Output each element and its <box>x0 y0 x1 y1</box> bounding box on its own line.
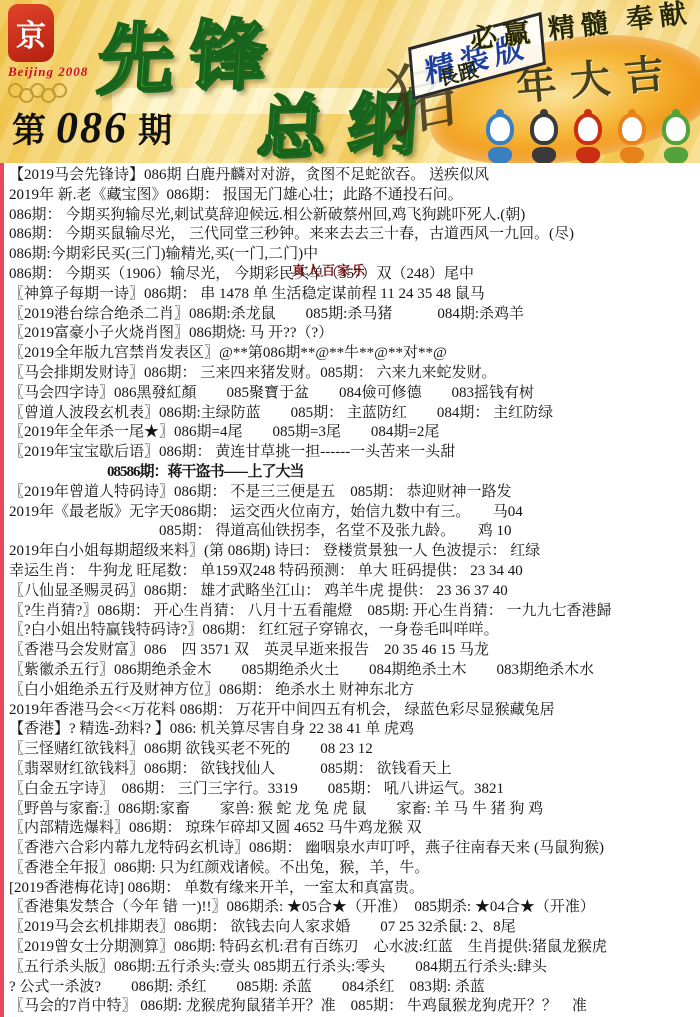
text-line: ? 公式一杀波? 086期: 杀红 085期: 杀蓝 084杀红 083期: 杀… <box>9 978 697 998</box>
text-line: 08586期：蒋干盗书------上了大当 <box>9 463 697 483</box>
text-line: 〖香港全年报〗086期: 只为红颜戏诸候。不出兔，猴，羊，牛。 <box>9 859 697 879</box>
text-line: 〖马会四字诗〗086黑發紅顏 085聚寶于盆 084儉可修德 083摇钱有树 <box>9 384 697 404</box>
text-line: 〖2019全年版九宫禁肖发表区〗@**第086期**@**牛**@**对**@ <box>9 344 697 364</box>
text-line: 086期： 今期买狗输尽光,刺试莫辞迎候远.相公新破蔡州回,鸡飞狗跳吓死人.(朝… <box>9 206 697 226</box>
text-line: 〖内部精选爆料〗086期： 琼珠乍碎却又圆 4652 马牛鸡龙猴 双 <box>9 819 697 839</box>
text-line: 〖曾道人波段玄机表〗086期:主绿防蓝 085期： 主蓝防红 084期： 主红防… <box>9 404 697 424</box>
text-line: 〖?白小姐出特赢钱特码诗?〗086期： 红红冠子穿锦衣，一身卷毛叫咩咩。 <box>9 621 697 641</box>
mascot-icon <box>614 113 650 161</box>
text-line: 〖白小姐绝杀五行及财神方位〗086期： 绝杀水土 财神东北方 <box>9 681 697 701</box>
text-line: 2019年《最老版》无字天086期： 运交西火位南方，始信九数中有三。 马04 <box>9 503 697 523</box>
text-line: [2019香港梅花诗] 086期： 单数有缘来开羊，一室太和真富贵。 <box>9 879 697 899</box>
text-line: 〖马会的7肖中特〗 086期: 龙猴虎狗鼠猪羊开？准 085期： 牛鸡鼠猴龙狗虎… <box>9 997 697 1017</box>
text-line: 〖香港六合彩内幕九龙特码玄机诗〗086期： 幽咽泉水声叮呼，燕子往南春天来 (马… <box>9 839 697 859</box>
text-line: 〖白金五字诗〗 086期： 三门三字行。3319 085期： 吼八讲运气。382… <box>9 780 697 800</box>
text-line: 〖五行杀头版〗086期:五行杀头:壹头 085期五行杀头:零头 084期五行杀头… <box>9 958 697 978</box>
watermark-text: 真人百家乐 <box>292 260 367 279</box>
text-line: 〖神算子每期一诗〗086期： 串 1478 单 生活稳定谋前程 11 24 35… <box>9 285 697 305</box>
text-line: 〖香港集发禁合（今年 错 一)!!〗086期杀: ★05合★（开准） 085期杀… <box>9 898 697 918</box>
text-line: 【香港】? 精选-劲料? 】086: 机关算尽害自身 22 38 41 单 虎鸡 <box>9 720 697 740</box>
text-line: 【2019马会先锋诗】086期 白鹿丹麟对对游，贪图不足蛇欲吞。 送疾似风 <box>9 166 697 186</box>
text-line: 〖?生肖猜?〗086期： 开心生肖猜： 八月十五看龍燈 085期: 开心生肖猜：… <box>9 602 697 622</box>
text-line: 〖马会排期发财诗〗086期： 三来四来猪发财。085期： 六来九来蛇发财。 <box>9 364 697 384</box>
text-line: 〖2019马会玄机排期表〗086期： 欲钱去向人家求婚 07 25 32杀鼠: … <box>9 918 697 938</box>
text-lines: 【2019马会先锋诗】086期 白鹿丹麟对对游，贪图不足蛇欲吞。 送疾似风201… <box>9 166 700 1017</box>
masthead-title-xianfeng: 先锋 <box>94 0 286 108</box>
text-line: 2019年香港马会<<万花料 086期： 万花开中间四五有机会， 绿蓝色彩尽显猴… <box>9 701 697 721</box>
text-line: 〖2019富豪小子火烧肖图〗086期烧: 马 开??（?） <box>9 324 697 344</box>
tips-text-body: 真人百家乐 【2019马会先锋诗】086期 白鹿丹麟对对游，贪图不足蛇欲吞。 送… <box>0 163 700 1017</box>
text-line: 〖2019曾女士分期测算〗086期: 特码玄机:君有百练刃 心水波:红蓝 生肖提… <box>9 938 697 958</box>
mascot-icon <box>482 113 518 161</box>
text-line: 〖2019年宝宝歇后语〗086期： 黄连甘草挑一担------一头苦来一头甜 <box>9 443 697 463</box>
text-line: 2019年 新.老《藏宝图》086期： 报国无门雄心壮；此路不通投石问。 <box>9 186 697 206</box>
text-line: 〖2019年全年杀一尾★〗086期=4尾 085期=3尾 084期=2尾 <box>9 423 697 443</box>
masthead: 京 Beijing 2008 先锋 总纲 第086期 精装版 必赢 精髓 奉献 … <box>0 0 700 163</box>
olympic-rings-icon <box>8 83 108 98</box>
text-line: 〖2019年曾道人特码诗〗086期： 不是三三便是五 085期： 恭迎财神一路发 <box>9 483 697 503</box>
text-line: 〖野兽与家畜:〗086期:家畜 家兽: 猴 蛇 龙 兔 虎 鼠 家畜: 羊 马 … <box>9 800 697 820</box>
mascot-icon <box>526 113 562 161</box>
mascot-icon <box>570 113 606 161</box>
text-line: 〖三怪赌红欲钱料〗086期 欲钱买老不死的 08 23 12 <box>9 740 697 760</box>
text-line: 086期： 今期买鼠输尽光， 三代同堂三秒钟。来来去去三十春，古道西风一九回。(… <box>9 225 697 245</box>
beijing-2008-wordmark: Beijing 2008 <box>8 64 108 80</box>
fuwa-mascots <box>482 113 694 161</box>
text-line: 2019年白小姐每期超级来料〗(第 086期) 诗曰： 登楼赏景独一人 色波提示… <box>9 542 697 562</box>
issue-prefix: 第 <box>12 113 46 150</box>
text-line: 〖香港马会发财富〗086 四 3571 双 英灵早逝来报告 20 35 46 1… <box>9 641 697 661</box>
issue-number: 第086期 <box>12 102 172 153</box>
text-line: 〖翡翠财红欲钱料〗086期： 欲钱找仙人 085期： 欲钱看天上 <box>9 760 697 780</box>
text-line: 085期： 得道高仙铁拐李，名堂不及张九龄。 鸡 10 <box>9 522 697 542</box>
dancing-beijing-seal-icon: 京 <box>8 4 54 62</box>
beijing-2008-emblem: 京 Beijing 2008 <box>8 4 108 98</box>
text-line: 幸运生肖： 牛狗龙 旺尾数： 单159双248 特码预测： 单大 旺码提供： 2… <box>9 562 697 582</box>
issue-suffix: 期 <box>138 113 172 150</box>
text-line: 〖紫徽杀五行〗086期绝杀金木 085期绝杀火土 084期绝杀土木 083期绝杀… <box>9 661 697 681</box>
issue-digits: 086 <box>46 103 138 152</box>
text-line: 〖2019港台综合绝杀二肖〗086期:杀龙鼠 085期:杀马猪 084期:杀鸡羊 <box>9 305 697 325</box>
text-line: 〖八仙显圣赐灵码〗086期： 雄才武略坐江山： 鸡羊牛虎 提供： 23 36 3… <box>9 582 697 602</box>
lottery-tip-sheet: 京 Beijing 2008 先锋 总纲 第086期 精装版 必赢 精髓 奉献 … <box>0 0 700 1017</box>
mascot-icon <box>658 113 694 161</box>
